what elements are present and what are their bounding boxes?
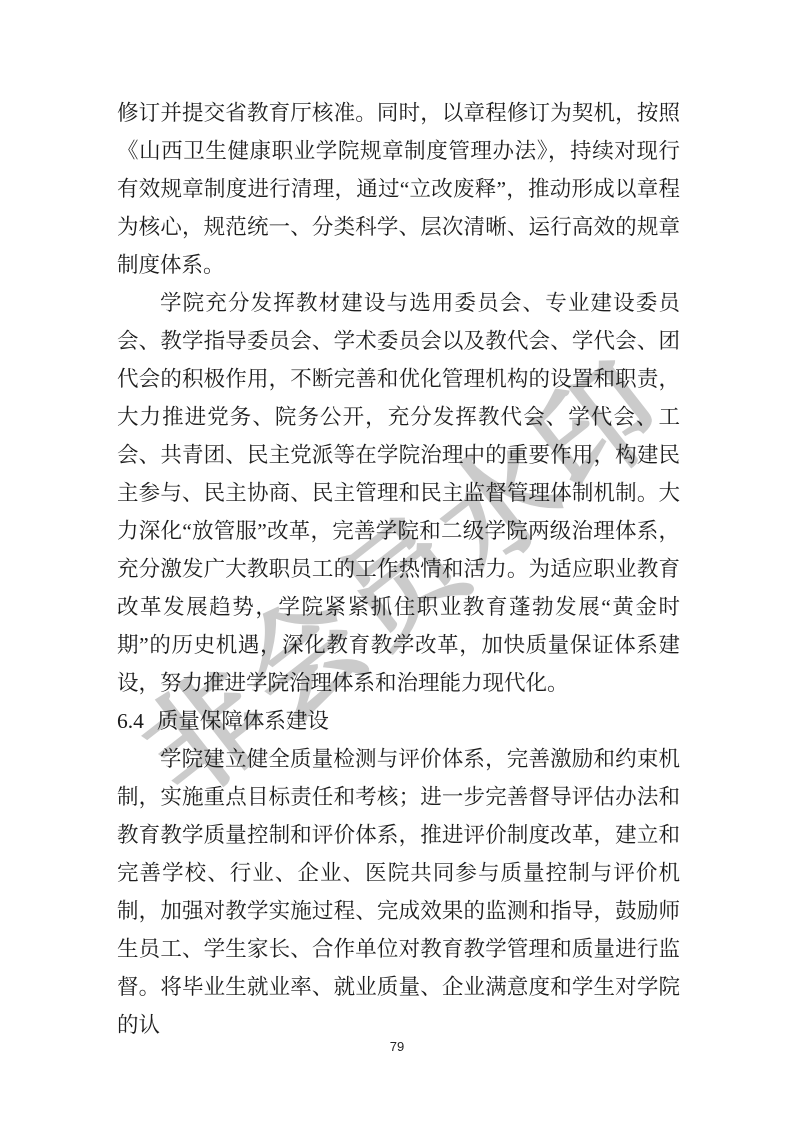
- section-heading: 6.4质量保障体系建设: [117, 702, 680, 740]
- section-heading-title: 质量保障体系建设: [157, 709, 329, 733]
- paragraph: 学院建立健全质量检测与评价体系，完善激励和约束机制，实施重点目标责任和考核；进一…: [117, 740, 680, 1044]
- document-page: 非会员水印 修订并提交省教育厅核准。同时，以章程修订为契机，按照《山西卫生健康职…: [0, 0, 794, 1123]
- section-heading-number: 6.4: [117, 709, 144, 733]
- paragraph: 修订并提交省教育厅核准。同时，以章程修订为契机，按照《山西卫生健康职业学院规章制…: [117, 94, 680, 284]
- page-content: 修订并提交省教育厅核准。同时，以章程修订为契机，按照《山西卫生健康职业学院规章制…: [117, 94, 680, 1044]
- page-number: 79: [0, 1039, 794, 1054]
- paragraph: 学院充分发挥教材建设与选用委员会、专业建设委员会、教学指导委员会、学术委员会以及…: [117, 284, 680, 702]
